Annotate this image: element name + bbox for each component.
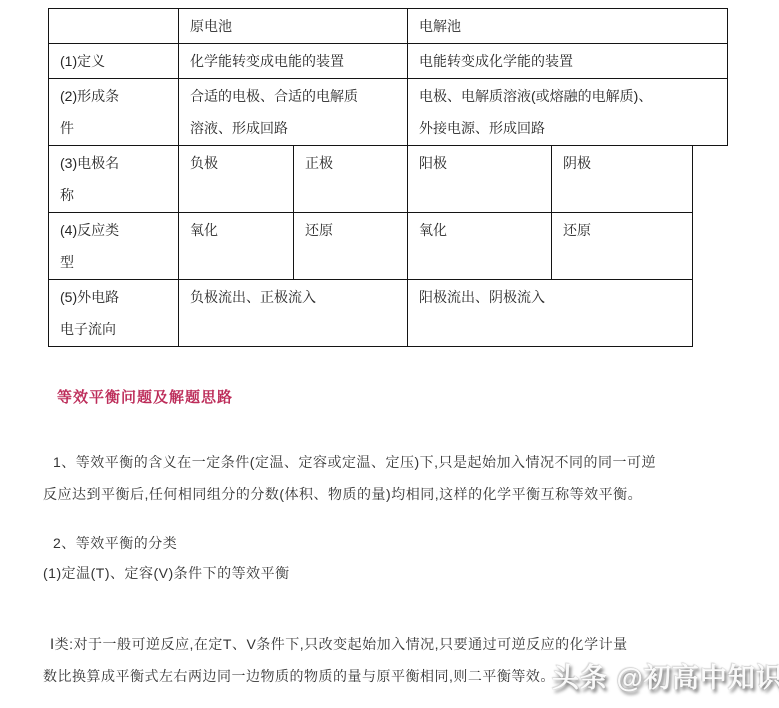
row-label: (2)形成条 件 bbox=[49, 79, 179, 146]
row-label: (4)反应类 型 bbox=[49, 213, 179, 280]
table-cell: 负极流出、正极流入 bbox=[179, 280, 408, 347]
table-cell: 还原 bbox=[294, 213, 408, 280]
spacer-cell bbox=[693, 213, 728, 280]
table-cell: 还原 bbox=[552, 213, 693, 280]
table-row-electron-flow: (5)外电路 电子流向 负极流出、正极流入 阳极流出、阴极流入 bbox=[49, 280, 728, 347]
spacer-cell bbox=[693, 146, 728, 213]
table-cell: 阳极 bbox=[408, 146, 552, 213]
table-cell: 阴极 bbox=[552, 146, 693, 213]
table-cell: 氧化 bbox=[179, 213, 294, 280]
table-cell: 负极 bbox=[179, 146, 294, 213]
comparison-table: 原电池 电解池 (1)定义 化学能转变成电能的装置 电能转变成化学能的装置 (2… bbox=[48, 8, 728, 347]
table-cell: 阳极流出、阴极流入 bbox=[408, 280, 693, 347]
table-cell: 正极 bbox=[294, 146, 408, 213]
header-blank-cell bbox=[49, 9, 179, 44]
table-cell: 电极、电解质溶液(或熔融的电解质)、 外接电源、形成回路 bbox=[408, 79, 728, 146]
table-row-electrode-names: (3)电极名 称 负极 正极 阳极 阴极 bbox=[49, 146, 728, 213]
table-cell: 电能转变成化学能的装置 bbox=[408, 44, 728, 79]
table-header-row: 原电池 电解池 bbox=[49, 9, 728, 44]
paragraph-definition: 1、等效平衡的含义在一定条件(定温、定容或定温、定压)下,只是起始加入情况不同的… bbox=[43, 446, 753, 510]
header-electrolytic-cell: 电解池 bbox=[408, 9, 728, 44]
table-row-formation: (2)形成条 件 合适的电极、合适的电解质 溶液、形成回路 电极、电解质溶液(或… bbox=[49, 79, 728, 146]
table-row-reaction-types: (4)反应类 型 氧化 还原 氧化 还原 bbox=[49, 213, 728, 280]
watermark: 头条 @初高中知识锦囊 bbox=[552, 656, 779, 695]
row-label: (3)电极名 称 bbox=[49, 146, 179, 213]
table-cell: 氧化 bbox=[408, 213, 552, 280]
paragraph-classification: 2、等效平衡的分类 (1)定温(T)、定容(V)条件下的等效平衡 bbox=[43, 528, 753, 588]
spacer-cell bbox=[693, 280, 728, 347]
document-page: { "accent_color": "#bd2d5a", "table": { … bbox=[0, 0, 779, 708]
table-cell: 合适的电极、合适的电解质 溶液、形成回路 bbox=[179, 79, 408, 146]
header-primary-cell: 原电池 bbox=[179, 9, 408, 44]
row-label: (5)外电路 电子流向 bbox=[49, 280, 179, 347]
section-heading: 等效平衡问题及解题思路 bbox=[57, 386, 233, 407]
row-label: (1)定义 bbox=[49, 44, 179, 79]
table-cell: 化学能转变成电能的装置 bbox=[179, 44, 408, 79]
table-row-definition: (1)定义 化学能转变成电能的装置 电能转变成化学能的装置 bbox=[49, 44, 728, 79]
